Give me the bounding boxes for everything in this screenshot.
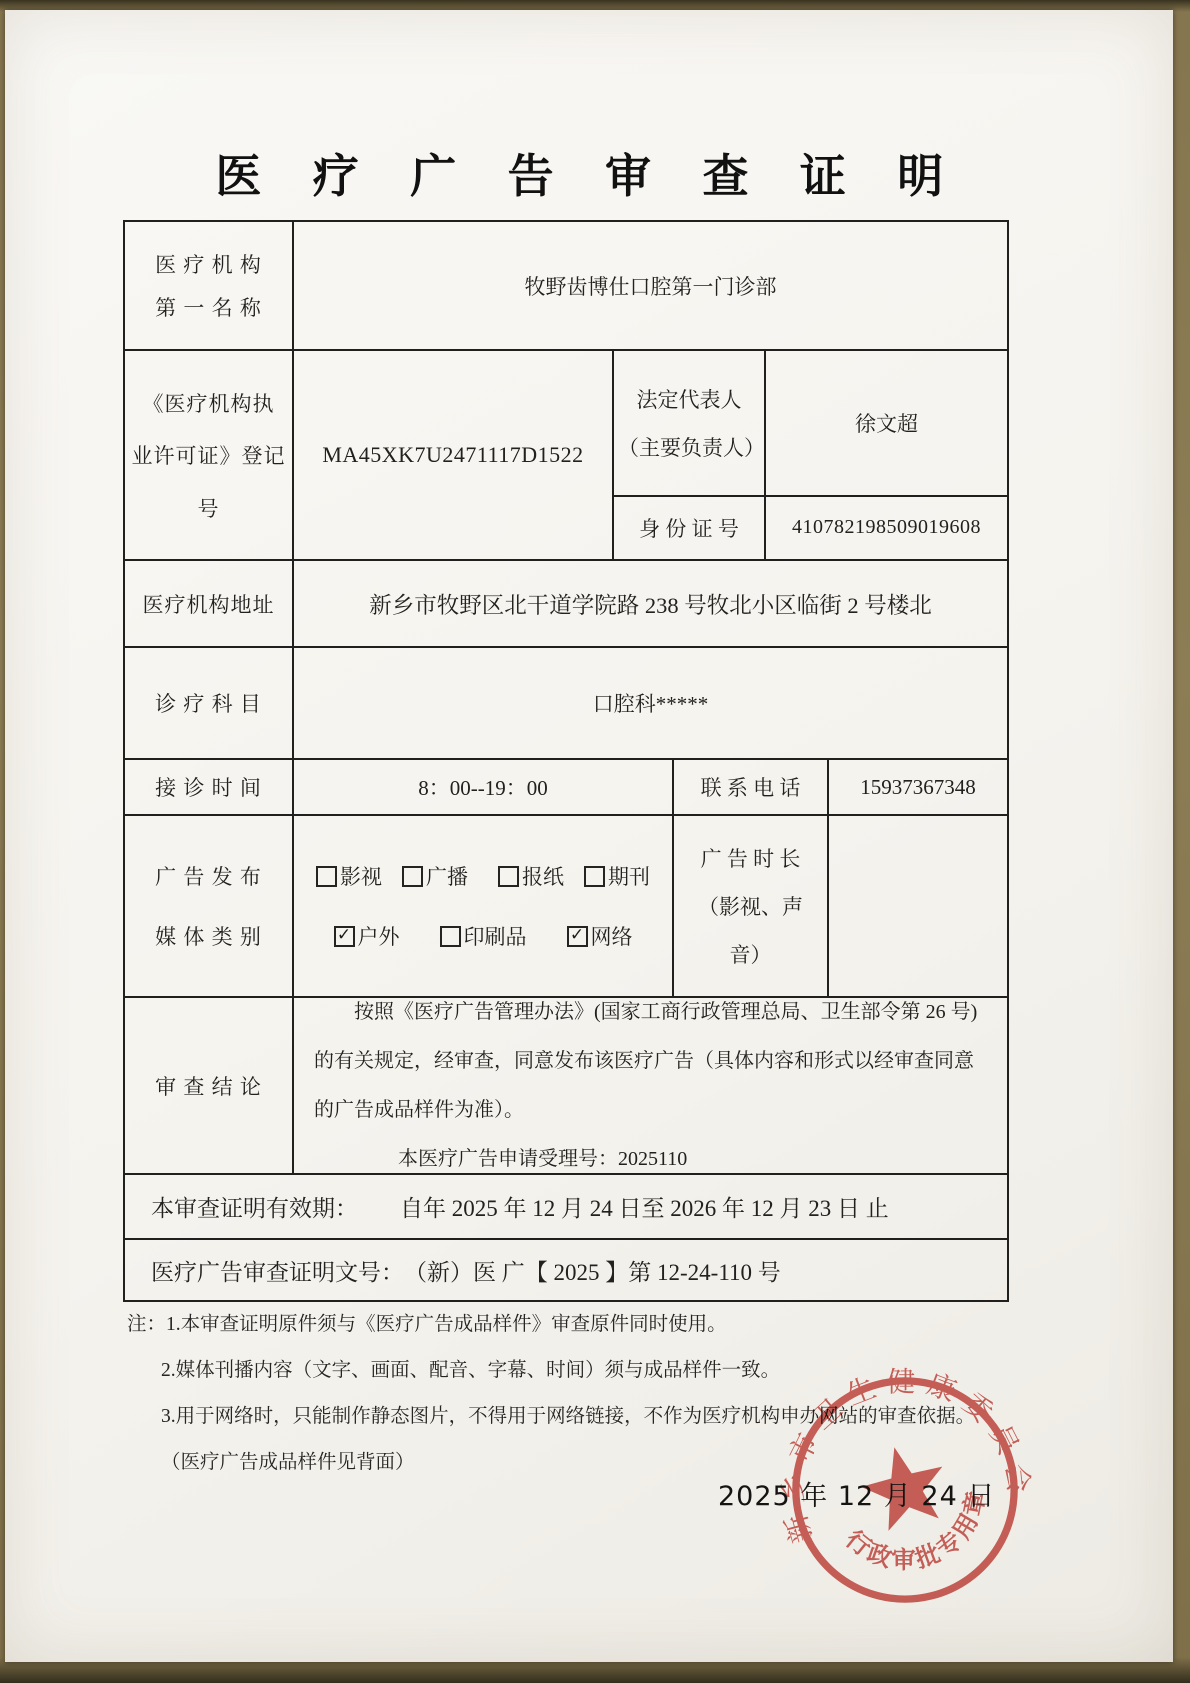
row-validity: 本审查证明有效期： 自年 2025 年 12 月 24 日至 2026 年 12… [125, 1173, 1007, 1238]
review-conclusion-text: 按照《医疗广告管理办法》(国家工商行政管理总局、卫生部令第 26 号)的有关规定… [292, 998, 1007, 1173]
row-departments: 诊 疗 科 目 口腔科***** [125, 646, 1007, 758]
row-address: 医疗机构地址 新乡市牧野区北干道学院路 238 号牧北小区临街 2 号楼北 [125, 559, 1007, 646]
row-review-conclusion: 审 查 结 论 按照《医疗广告管理办法》(国家工商行政管理总局、卫生部令第 26… [125, 996, 1007, 1173]
checkbox-network-icon: ✓ [567, 926, 588, 947]
legal-rep-id-block: 法定代表人 （主要负责人） 徐文超 身 份 证 号 41078219850901… [612, 351, 1007, 559]
ad-duration-value [827, 816, 1007, 996]
legal-rep-label-line1: 法定代表人 [637, 384, 742, 414]
checkbox-newspaper-icon [498, 866, 519, 887]
ad-duration-label-line2: （影视、声 [698, 891, 803, 921]
media-option-film: 影视 [316, 861, 382, 891]
checkbox-film-icon [316, 866, 337, 887]
legal-rep-value: 徐文超 [764, 351, 1007, 495]
license-label-line3: 号 [198, 493, 220, 523]
media-option-print: 印刷品 [440, 921, 527, 951]
media-types-label-line1: 广 告 发 布 [155, 861, 262, 891]
id-number-value: 410782198509019608 [764, 497, 1007, 559]
validity-value: 自年 2025 年 12 月 24 日至 2026 年 12 月 23 日 止 [400, 1190, 889, 1223]
row-doc-number: 医疗广告审查证明文号： （新）医 广【 2025 】第 12-24-110 号 [125, 1238, 1007, 1300]
media-option-periodical-label: 期刊 [608, 861, 650, 891]
issue-date: 2025 年 12 月 24 日 [718, 1474, 995, 1513]
media-option-network-label: 网络 [591, 921, 633, 951]
institution-name-label-line1: 医 疗 机 构 [155, 249, 262, 279]
certificate-page: 医 疗 广 告 审 查 证 明 医 疗 机 构 第 一 名 称 牧野齿博仕口腔第… [5, 10, 1173, 1662]
media-checkbox-group: 影视 广播 报纸 期刊 ✓户外 印刷品 ✓网络 [292, 816, 672, 996]
media-option-newspaper: 报纸 [498, 861, 564, 891]
id-number-label: 身 份 证 号 [614, 497, 764, 559]
page-title: 医 疗 广 告 审 查 证 明 [5, 140, 1173, 206]
address-value: 新乡市牧野区北干道学院路 238 号牧北小区临街 2 号楼北 [292, 561, 1007, 646]
id-number-subrow: 身 份 证 号 410782198509019608 [614, 495, 1007, 559]
legal-rep-label: 法定代表人 （主要负责人） [614, 351, 764, 495]
phone-value: 15937367348 [827, 760, 1007, 814]
phone-label: 联 系 电 话 [672, 760, 827, 814]
doc-number-line: 医疗广告审查证明文号： （新）医 广【 2025 】第 12-24-110 号 [125, 1240, 1007, 1300]
checkbox-outdoor-icon: ✓ [334, 926, 355, 947]
checkbox-periodical-icon [584, 866, 605, 887]
legal-rep-label-line2: （主要负责人） [618, 432, 760, 462]
row-institution-name: 医 疗 机 构 第 一 名 称 牧野齿博仕口腔第一门诊部 [125, 222, 1007, 349]
validity-label: 本审查证明有效期： [151, 1190, 358, 1223]
media-option-newspaper-label: 报纸 [522, 861, 564, 891]
address-label: 医疗机构地址 [125, 561, 292, 646]
media-option-outdoor: ✓户外 [334, 921, 400, 951]
hours-label: 接 诊 时 间 [125, 760, 292, 814]
license-number-value: MA45XK7U2471117D1522 [292, 351, 612, 559]
media-types-label-line2: 媒 体 类 别 [155, 921, 262, 951]
media-checkbox-row-2: ✓户外 印刷品 ✓网络 [334, 921, 633, 951]
certificate-table: 医 疗 机 构 第 一 名 称 牧野齿博仕口腔第一门诊部 《医疗机构执 业许可证… [123, 220, 1009, 1302]
institution-name-value: 牧野齿博仕口腔第一门诊部 [292, 222, 1007, 349]
departments-label: 诊 疗 科 目 [125, 648, 292, 758]
row-media-types: 广 告 发 布 媒 体 类 别 影视 广播 报纸 期刊 ✓户外 印刷品 ✓网络 … [125, 814, 1007, 996]
ad-duration-label: 广 告 时 长 （影视、声 音） [672, 816, 827, 996]
hours-value: 8：00--19：00 [292, 760, 672, 814]
media-checkbox-row-1: 影视 广播 报纸 期刊 [316, 861, 650, 891]
license-label: 《医疗机构执 业许可证》登记 号 [125, 351, 292, 559]
media-option-outdoor-label: 户外 [358, 921, 400, 951]
institution-name-label-line2: 第 一 名 称 [155, 292, 262, 322]
row-license: 《医疗机构执 业许可证》登记 号 MA45XK7U2471117D1522 法定… [125, 349, 1007, 559]
checkbox-radio-icon [402, 866, 423, 887]
media-option-radio-label: 广播 [426, 861, 468, 891]
doc-number-value: （新）医 广【 2025 】第 12-24-110 号 [404, 1254, 781, 1287]
institution-name-label: 医 疗 机 构 第 一 名 称 [125, 222, 292, 349]
conclusion-paragraph: 按照《医疗广告管理办法》(国家工商行政管理总局、卫生部令第 26 号)的有关规定… [314, 988, 989, 1135]
doc-number-label: 医疗广告审查证明文号： [151, 1254, 404, 1287]
media-option-radio: 广播 [402, 861, 468, 891]
media-option-film-label: 影视 [340, 861, 382, 891]
row-hours-phone: 接 诊 时 间 8：00--19：00 联 系 电 话 15937367348 [125, 758, 1007, 814]
validity-line: 本审查证明有效期： 自年 2025 年 12 月 24 日至 2026 年 12… [125, 1175, 1007, 1238]
departments-value: 口腔科***** [292, 648, 1007, 758]
ad-duration-label-line3: 音） [730, 939, 772, 969]
legal-rep-subrow: 法定代表人 （主要负责人） 徐文超 [614, 351, 1007, 495]
media-option-print-label: 印刷品 [464, 921, 527, 951]
review-conclusion-label: 审 查 结 论 [125, 998, 292, 1173]
license-label-line1: 《医疗机构执 [143, 388, 275, 418]
ad-duration-label-line1: 广 告 时 长 [701, 843, 801, 873]
media-types-label: 广 告 发 布 媒 体 类 别 [125, 816, 292, 996]
checkbox-print-icon [440, 926, 461, 947]
license-label-line2: 业许可证》登记 [132, 440, 286, 470]
media-option-periodical: 期刊 [584, 861, 650, 891]
media-option-network: ✓网络 [567, 921, 633, 951]
